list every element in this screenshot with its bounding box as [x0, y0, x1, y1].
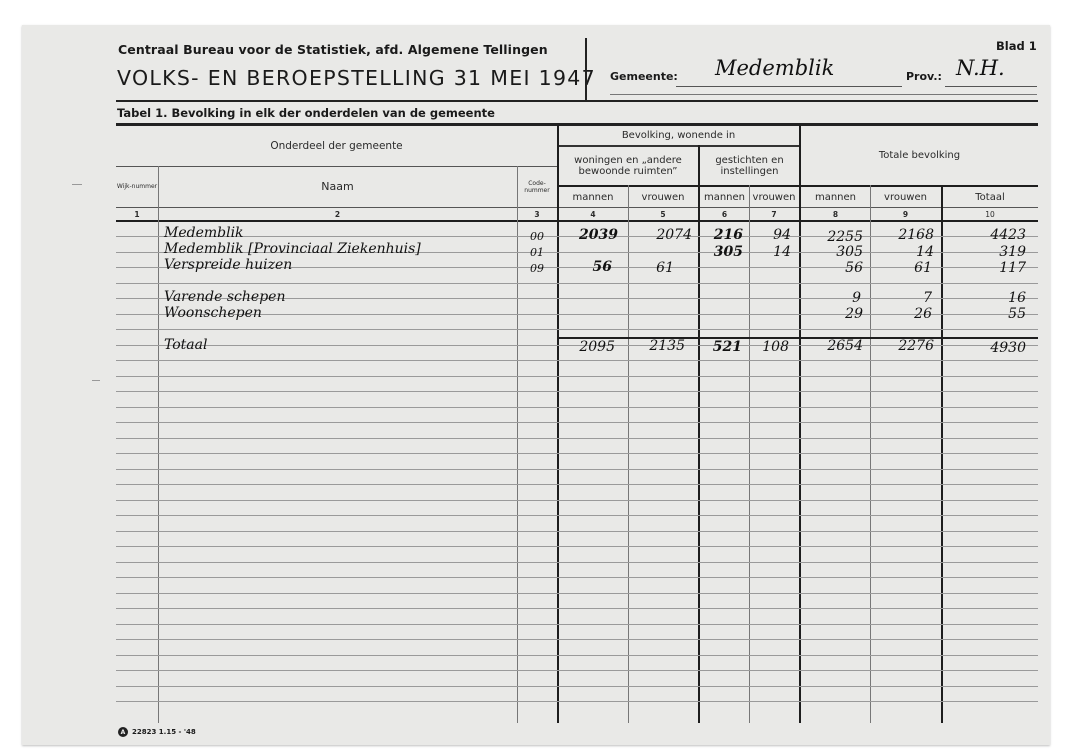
ruled-line: [116, 453, 1038, 454]
print-footer: A 22823 1.15 - '48: [118, 727, 196, 737]
row-code[interactable]: 00: [522, 230, 552, 243]
ruled-line: [116, 593, 1038, 594]
header-mannen: mannen: [558, 187, 628, 207]
row-name[interactable]: Medemblik [Provinciaal Ziekenhuis]: [164, 241, 421, 257]
column-number: 1: [116, 208, 158, 220]
table-title: Tabel 1. Bevolking in elk der onderdelen…: [117, 106, 495, 120]
header-totale-bevolking: Totale bevolking: [801, 126, 1038, 185]
header-vrouwen: vrouwen: [628, 187, 698, 207]
header-naam: Naam: [158, 166, 517, 207]
total-totaal-mannen[interactable]: 2654: [801, 338, 863, 354]
header-totaal: Totaal: [942, 187, 1038, 207]
total-woningen-vrouwen[interactable]: 2135: [630, 338, 685, 354]
ruled-line: [116, 329, 1038, 330]
row-name[interactable]: Woonschepen: [164, 305, 262, 321]
gemeente-underline: [676, 86, 902, 87]
header-mannen: mannen: [700, 187, 749, 207]
form-title: VOLKS- EN BEROEPSTELLING 31 MEI 1947: [117, 66, 596, 90]
ruled-line: [116, 639, 1038, 640]
ruled-line: [116, 546, 1038, 547]
column-number: 6: [700, 208, 749, 220]
ruled-line: [116, 655, 1038, 656]
cell-gestichten-vrouwen[interactable]: 14: [751, 244, 791, 260]
cell-totaal-vrouwen[interactable]: 2168: [872, 227, 934, 243]
ruled-line: [116, 484, 1038, 485]
header-vrouwen: vrouwen: [749, 187, 799, 207]
margin-mark: [92, 380, 100, 381]
cell-totaal-vrouwen[interactable]: 26: [872, 306, 932, 322]
header-codenummer: Code-nummer: [517, 166, 557, 207]
total-gestichten-mannen[interactable]: 521: [700, 339, 742, 355]
ruled-line: [116, 562, 1038, 563]
cell-totaal-vrouwen[interactable]: 7: [872, 290, 932, 306]
ruled-line: [116, 438, 1038, 439]
cell-totaal-vrouwen[interactable]: 14: [872, 244, 934, 260]
provincie-underline: [945, 86, 1037, 87]
sheet-number: Blad 1: [996, 39, 1037, 53]
column-number: 9: [870, 208, 941, 220]
ruled-line: [116, 701, 1038, 702]
title-top-rule: [116, 100, 1038, 102]
cell-totaal-mannen[interactable]: 9: [801, 290, 861, 306]
header-divider: [585, 38, 587, 100]
gemeente-field[interactable]: Medemblik: [715, 56, 834, 80]
total-totaal[interactable]: 4930: [944, 340, 1026, 356]
row-name[interactable]: Verspreide huizen: [164, 257, 292, 273]
ruled-line: [116, 422, 1038, 423]
header-bevolking-wonende: Bevolking, wonende in: [558, 126, 799, 145]
cell-totaal[interactable]: 4423: [944, 227, 1026, 243]
column-number: 5: [628, 208, 698, 220]
header-mannen: mannen: [801, 187, 870, 207]
row-name[interactable]: Varende schepen: [164, 289, 285, 305]
extra-underline: [610, 94, 1037, 95]
ruled-line: [116, 469, 1038, 470]
cell-totaal[interactable]: 55: [944, 306, 1026, 322]
print-code: 22823 1.15 - '48: [132, 728, 196, 736]
header-onderdeel: Onderdeel der gemeente: [116, 126, 557, 166]
row-code[interactable]: 01: [522, 246, 552, 259]
row-code[interactable]: 09: [522, 262, 552, 275]
ruled-line: [116, 407, 1038, 408]
header-vrouwen: vrouwen: [870, 187, 941, 207]
cell-woningen-vrouwen[interactable]: 61: [630, 260, 674, 276]
ruled-line: [116, 686, 1038, 687]
ruled-line: [116, 391, 1038, 392]
ruled-line: [116, 624, 1038, 625]
margin-mark: [72, 184, 82, 185]
cell-totaal-mannen[interactable]: 56: [801, 260, 863, 276]
cell-totaal[interactable]: 16: [944, 290, 1026, 306]
provincie-label-text: Prov.:: [906, 70, 942, 83]
column-number: 3: [517, 208, 557, 220]
cell-totaal-mannen[interactable]: 2255: [801, 229, 863, 245]
ruled-line: [116, 500, 1038, 501]
column-number: 2: [158, 208, 517, 220]
total-gestichten-vrouwen[interactable]: 108: [751, 339, 789, 355]
ruled-line: [116, 608, 1038, 609]
header-woningen: woningen en „andere bewoonde ruimten”: [560, 147, 696, 185]
total-woningen-mannen[interactable]: 2095: [560, 339, 615, 355]
cell-gestichten-mannen[interactable]: 216: [700, 227, 743, 243]
cell-woningen-mannen[interactable]: 56: [560, 259, 612, 275]
gemeente-label: Gemeente:: [610, 70, 678, 83]
cell-totaal[interactable]: 319: [944, 244, 1026, 260]
ruled-line: [116, 376, 1038, 377]
column-number: 10: [942, 208, 1038, 220]
header-gestichten: gestichten en instellingen: [700, 147, 799, 185]
column-number: 4: [558, 208, 628, 220]
issuer-line: Centraal Bureau voor de Statistiek, afd.…: [118, 42, 548, 57]
ruled-line: [116, 670, 1038, 671]
ruled-line: [116, 531, 1038, 532]
provincie-field[interactable]: N.H.: [956, 56, 1005, 80]
total-totaal-vrouwen[interactable]: 2276: [872, 338, 934, 354]
cell-totaal-mannen[interactable]: 29: [801, 306, 863, 322]
cell-gestichten-vrouwen[interactable]: 94: [751, 227, 791, 243]
printer-logo-icon: A: [118, 727, 128, 737]
ruled-line: [116, 283, 1038, 284]
cell-totaal-mannen[interactable]: 305: [801, 244, 863, 260]
header-wijknummer: Wijk-nummer: [116, 166, 158, 207]
cell-totaal-vrouwen[interactable]: 61: [872, 260, 932, 276]
ruled-line: [116, 515, 1038, 516]
cell-gestichten-mannen[interactable]: 305: [700, 244, 743, 260]
ruled-line: [116, 577, 1038, 578]
cell-woningen-mannen[interactable]: 2039: [560, 227, 618, 243]
column-number: 8: [801, 208, 870, 220]
total-row-label: Totaal: [164, 337, 207, 353]
cell-woningen-vrouwen[interactable]: 2074: [630, 227, 692, 243]
ruled-line: [116, 360, 1038, 361]
column-number: 7: [749, 208, 799, 220]
cell-totaal[interactable]: 117: [944, 260, 1026, 276]
row-name[interactable]: Medemblik: [164, 225, 244, 241]
